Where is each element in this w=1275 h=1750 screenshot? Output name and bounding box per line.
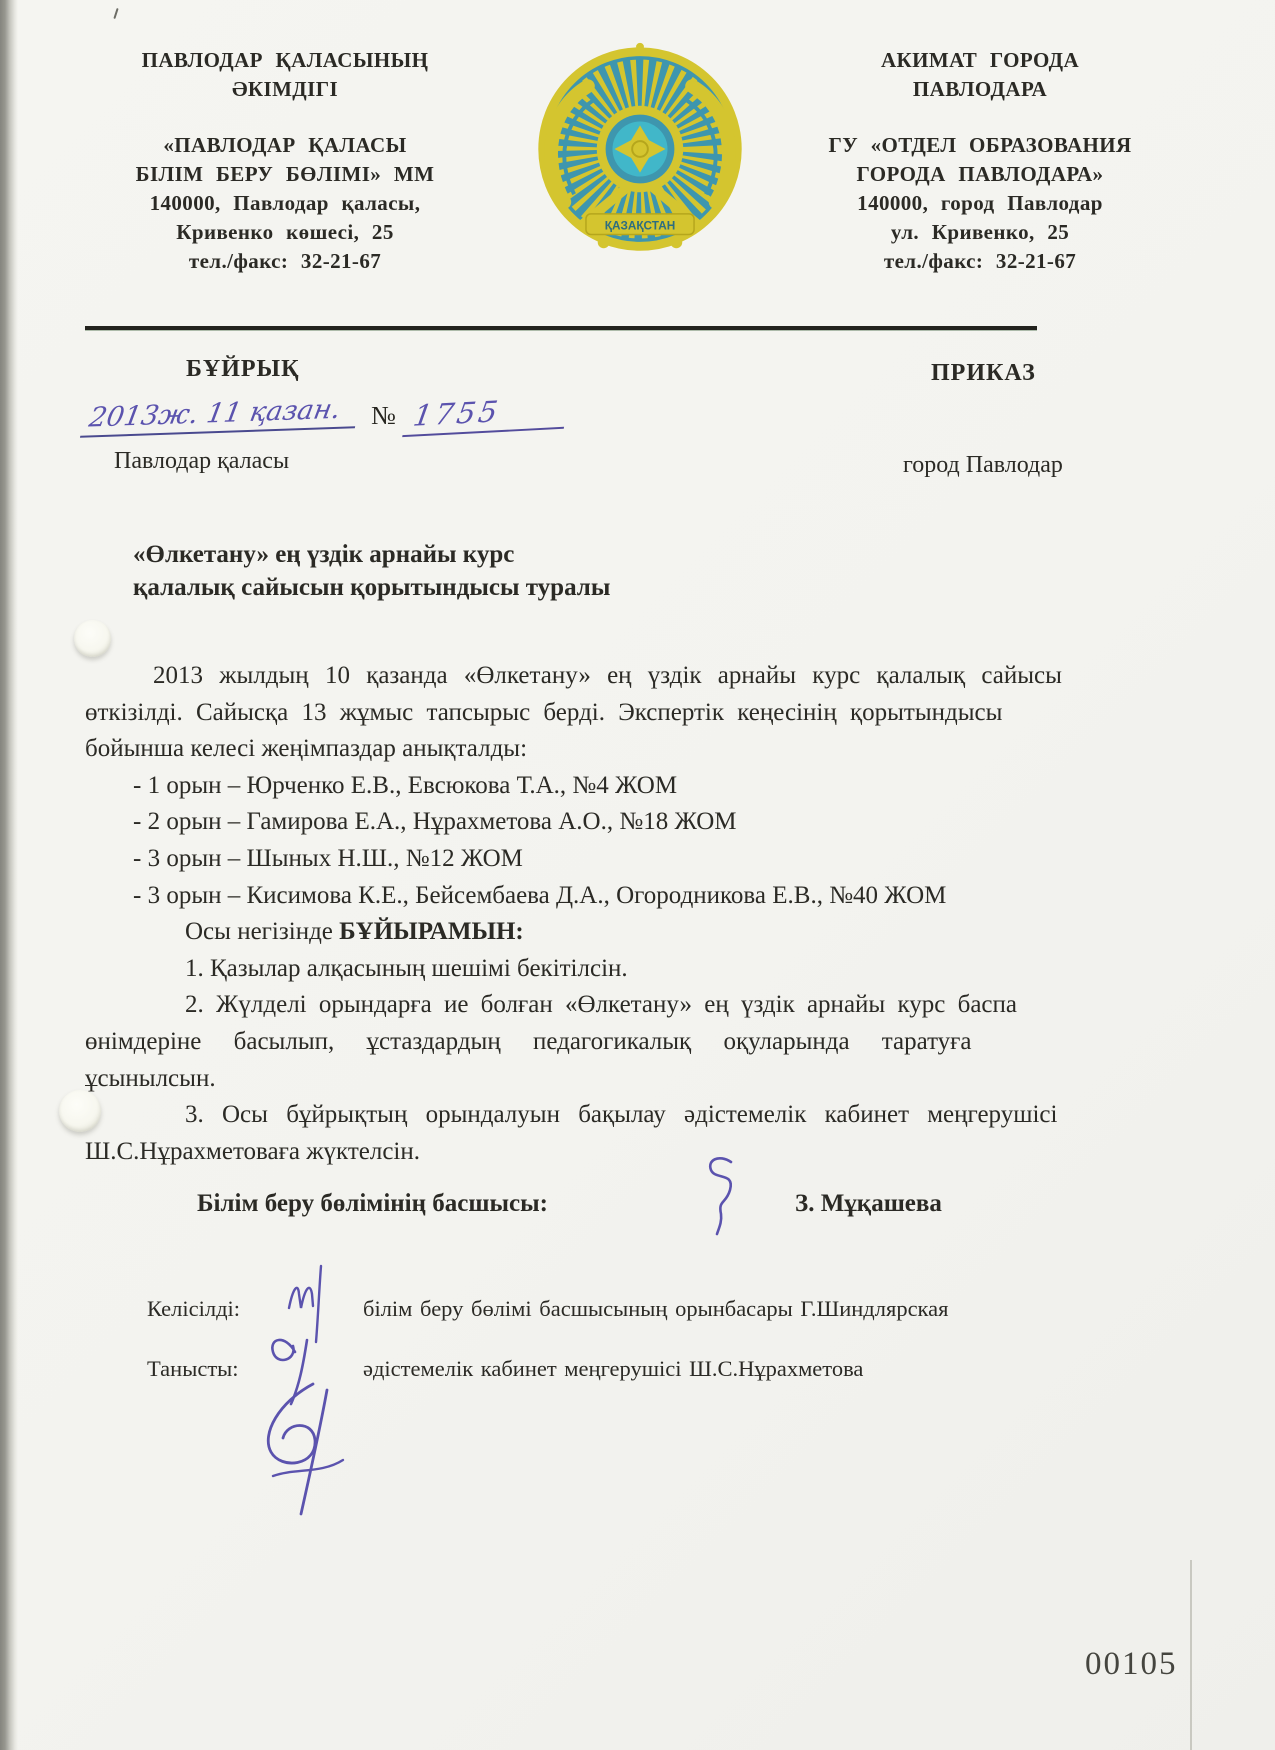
org-name-line: ПАВЛОДАРА (770, 75, 1190, 104)
order-title-kazakh: БҰЙРЫҚ (186, 356, 300, 383)
address-line: 140000, Павлодар қаласы, (100, 189, 470, 218)
order-title-russian: ПРИКАЗ (931, 360, 1036, 387)
scanned-order-document: ПАВЛОДАР ҚАЛАСЫНЫҢ ӘКІМДІГІ «ПАВЛОДАР ҚА… (0, 0, 1275, 1750)
place-kazakh: Павлодар қаласы (114, 448, 289, 475)
order-subject: «Өлкетану» ең үздік арнайы курс қалалық … (133, 538, 610, 604)
dept-name-line: БІЛІМ БЕРУ БӨЛІМІ» ММ (100, 160, 470, 189)
phone-line: тел./факс: 32-21-67 (100, 247, 470, 276)
dept-name-line: ГОРОДА ПАВЛОДАРА» (770, 160, 1190, 189)
emblem-banner-text: ҚАЗАҚСТАН (605, 220, 675, 233)
scan-right-edge-line (1190, 1560, 1192, 1750)
dept-name-line: ГУ «ОТДЕЛ ОБРАЗОВАНИЯ (770, 131, 1190, 160)
order-item-line: 3. Осы бұйрықтың орындалуын бақылау әдіс… (85, 1097, 1070, 1134)
order-number-row: 2013ж. 11 қазан. № 1755 (84, 391, 566, 433)
address-line: 140000, город Павлодар (770, 189, 1190, 218)
body-intro-line: 2013 жылдың 10 қазанда «Өлкетану» ең үзд… (85, 658, 1070, 695)
order-body: 2013 жылдың 10 қазанда «Өлкетану» ең үзд… (85, 658, 1070, 1170)
subject-line: «Өлкетану» ең үздік арнайы курс (133, 538, 610, 571)
signatory-role: Білім беру бөлімінің басшысы: (197, 1190, 548, 1218)
header-divider (85, 326, 1037, 330)
page-number: 00105 (1085, 1646, 1178, 1683)
address-line: ул. Кривенко, 25 (770, 218, 1190, 247)
winner-line: - 2 орын – Гамирова Е.А., Нұрахметова А.… (85, 804, 1070, 841)
org-name-line: ПАВЛОДАР ҚАЛАСЫНЫҢ (100, 46, 470, 75)
number-sign: № (371, 401, 396, 431)
org-name-line: АКИМАТ ГОРОДА (770, 46, 1190, 75)
acquainted-label: Танысты: (147, 1356, 239, 1382)
order-item-line: ұсынылсын. (85, 1061, 1070, 1098)
basis-keyword: БҰЙЫРАМЫН: (339, 918, 524, 945)
order-item-line: Ш.С.Нұрахметоваға жүктелсін. (85, 1134, 1070, 1171)
signatory-name: З. Мұқашева (795, 1190, 942, 1218)
handwritten-date: 2013ж. 11 қазан. (80, 393, 361, 438)
letterhead-kazakh: ПАВЛОДАР ҚАЛАСЫНЫҢ ӘКІМДІГІ «ПАВЛОДАР ҚА… (100, 46, 470, 276)
kazakhstan-emblem-icon: ҚАЗАҚСТАН (527, 34, 753, 266)
address-line: Кривенко көшесі, 25 (100, 218, 470, 247)
handwritten-order-number: 1755 (402, 391, 569, 437)
order-item-line: өнімдеріне басылып, ұстаздардың педагоги… (85, 1024, 1070, 1061)
body-intro-line: бойынша келесі жеңімпаздар анықталды: (85, 731, 1070, 768)
org-name-line: ӘКІМДІГІ (100, 75, 470, 104)
order-basis-line: Осы негізінде БҰЙЫРАМЫН: (85, 914, 1070, 951)
head-signature (697, 1152, 749, 1236)
winner-line: - 3 орын – Шыных Н.Ш., №12 ЖОМ (85, 841, 1070, 878)
dept-name-line: «ПАВЛОДАР ҚАЛАСЫ (100, 131, 470, 160)
agreed-text: білім беру бөлімі басшысының орынбасары … (363, 1296, 949, 1322)
scan-left-edge (0, 0, 18, 1750)
basis-prefix: Осы негізінде (185, 918, 339, 945)
order-item: 1. Қазылар алқасының шешімі бекітілсін. (85, 951, 1070, 988)
phone-line: тел./факс: 32-21-67 (770, 247, 1190, 276)
agreed-label: Келісілді: (147, 1296, 240, 1322)
place-russian: город Павлодар (903, 452, 1063, 479)
body-intro-line: өткізілді. Сайысқа 13 жұмыс тапсырыс бер… (85, 695, 1070, 732)
scan-pen-tick (113, 8, 118, 19)
acquainted-signature (243, 1326, 361, 1522)
winner-line: - 1 орын – Юрченко Е.В., Евсюкова Т.А., … (85, 768, 1070, 805)
winner-line: - 3 орын – Кисимова К.Е., Бейсембаева Д.… (85, 878, 1070, 915)
hole-punch (74, 620, 111, 657)
letterhead-russian: АКИМАТ ГОРОДА ПАВЛОДАРА ГУ «ОТДЕЛ ОБРАЗО… (770, 46, 1190, 276)
subject-line: қалалық сайысын қорытындысы туралы (133, 571, 610, 604)
acquainted-text: әдістемелік кабинет меңгерушісі Ш.С.Нұра… (363, 1356, 863, 1382)
order-item-line: 2. Жүлделі орындарға ие болған «Өлкетану… (85, 987, 1070, 1024)
